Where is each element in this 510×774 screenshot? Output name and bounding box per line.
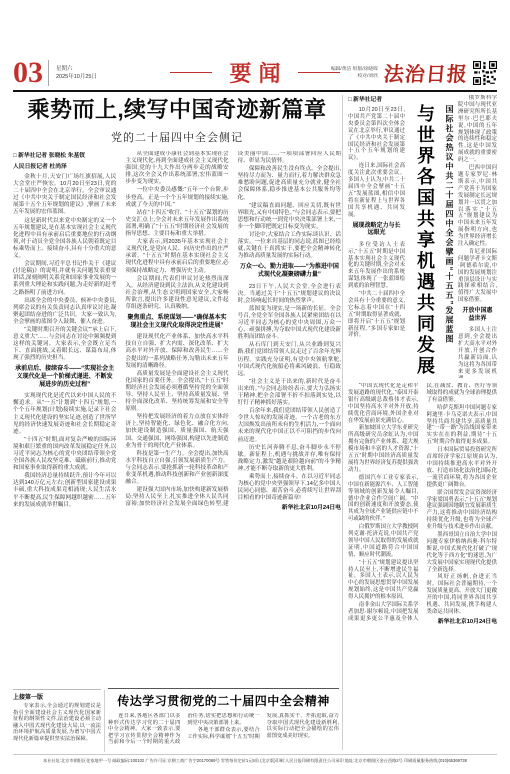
editors-line1: 编辑/黄洁 组版/徐晓晖 xyxy=(331,66,378,73)
international-column-right: 俄罗斯科学院中国与现代亚洲研究所所长基里尔·巴巴耶夫说,中国的五年规划体现了政策… xyxy=(458,95,497,378)
paragraph: “中共二十届四中全会具有十分重要的意义,它标志着中国在“十四五”时期取得显著成就… xyxy=(348,291,405,339)
paragraph: 风好正扬帆,奋进正当时。国际社会普遍期待,一个发展质量更高、开放大门更敞开的中国… xyxy=(427,574,498,615)
lead-article: 乘势而上,续写中国奇迹新篇章 党的二十届四中全会侧记 □ 新华社记者 张晓松 朱… xyxy=(13,95,341,687)
paragraph: 百余年来,我们党团结带领人民创造了令世人惊叹的发展奇迹。一个古老的东方大国焕发出… xyxy=(238,408,341,443)
paragraph: “关键时期召开的关键会议”“承上启下,意义重大”……与会同志在讨论中频频提到这样… xyxy=(13,327,116,362)
intertitle: 开放中国惠益世界 xyxy=(460,308,495,323)
byline: 人民日报记者 杜尚泽 xyxy=(13,163,116,171)
paragraph: 乘势而上,接续奋斗。在以习近平同志为核心的党中央坚强领导下,14亿多中国人民同心… xyxy=(238,474,341,502)
lead-body-columns: □ 新华社记者 张晓松 朱基钗人民日报记者 杜尚泽金秋十月,天安门广场红旗招展,… xyxy=(13,151,341,679)
paragraph: 会议期间,习近平总书记作关于《建议(讨论稿)》的说明,并就有关问题发表重要讲话,… xyxy=(13,261,116,296)
editors-line2: 校对/刘欣 xyxy=(331,73,378,80)
paragraph: 蓝图变为现实,是一场新的长征。全会号召,全党全军全国各族人民紧密团结在以习近平同… xyxy=(238,306,341,341)
paragraph: 巴西中国问题专家罗尼·林斯表示,中国共产党善于为国家发展制定长远规划并一以贯之加… xyxy=(458,165,497,248)
editors-block: 编辑/黄洁 组版/徐晓晖 校对/刘欣 xyxy=(331,66,378,80)
relay-body-columns: 连日来,各地区各部门以多种形式传达学习党的二十届四中全会精神。大家一致表示,要把… xyxy=(108,713,339,752)
bottom-divider xyxy=(104,690,105,752)
paragraph: 历史长河奔腾不息,奋斗脚步永不停歇。新征程上,机遇与挑战并存,唯有保持战略定力,… xyxy=(238,445,341,473)
weekday: 星期六 xyxy=(56,65,97,73)
international-article: □ 新华社记者10月20日至23日,中国共产党第二十届中央委员会第四次全体会议在… xyxy=(348,95,497,750)
intertitle: 万众一心、勠力进取——“为推进中国式现代化凝聚磅礴力量” xyxy=(240,264,339,279)
intertitle: 聚焦重点、系统谋划——“确保基本实现社会主义现代化取得决定性进展” xyxy=(127,315,226,330)
international-article-lower: “中国式现代化是走和平发展道路的现代化。”泰国开泰银行高级副总裁蔡伟才表示,中国… xyxy=(348,383,497,749)
dateline: 新华社北京10月24日电 xyxy=(238,504,341,512)
paragraph: 白俄罗斯国立大学教授阿列克谢·托济克说,中国共产党领导中国人民取得的发展成就证明… xyxy=(348,524,419,559)
footer-imprint: 本社社址:北京市朝阳区花家地甲一号 邮政编码:100102 广告许可证:京朝工商… xyxy=(13,758,497,764)
paragraph: 俄罗斯科学院中国与现代亚洲研究所所长基里尔·巴巴耶夫说,中国的五年规划体现了政策… xyxy=(458,95,497,164)
paragraph: 哈萨克斯坦中国问题专家阿迪里·卡乌克诺夫表示,中国坚持共商共建共享,高质量共建“… xyxy=(427,405,498,446)
international-column-left: □ 新华社记者10月20日至23日,中国共产党第二十届中央委员会第四次全体会议在… xyxy=(348,95,405,378)
header-rule xyxy=(13,90,497,92)
paragraph: 多国人士注意到,全会提出扩大高水平对外开放,开创合作共赢新局面,认为这将为各国带… xyxy=(458,327,497,378)
vertical-headline: 与世界各国共享机遇共同发展 xyxy=(408,95,438,378)
dateline: 新华社北京10月24日电 xyxy=(427,618,498,626)
jump-label: 上接第一版 xyxy=(13,692,101,701)
paragraph: 我国经济总量持续跃升,预计今年可以达到140万亿元左右;创新型国家建设成果丰硕,… xyxy=(13,473,116,508)
paragraph: 多位受访人士表示,“十五五”时期是中国基本实现社会主义现代化的关键时期,全会对未… xyxy=(348,242,405,290)
lead-subtitle: 党的二十届四中全会侧记 xyxy=(13,129,341,145)
paragraph: 金秋十月,天安门广场红旗招展,人民大会堂庄严恢宏。10月20日至23日,党的二十… xyxy=(13,174,116,217)
paragraph: 会议期间,代表们审议讨论热烈而深入。从经济建设到民主法治,从文化建设到社会治理,… xyxy=(125,276,228,311)
date: 2025年10月25日 xyxy=(56,73,97,81)
paragraph: 这是新时代以来党中央制定的又一个五年规划建议,是在基本实现社会主义现代化进程中具… xyxy=(13,218,116,261)
page-header: 03 星期六 2025年10月25日 要闻 编辑/黄洁 组版/徐晓晖 校对/刘欣… xyxy=(13,56,497,89)
paragraph: 实现现代化是近代以来中国人民的不懈追求。从“一五”计划到“十四五”规划,一个个五… xyxy=(13,393,116,436)
paragraph: 站在“十四五”收官、“十五五”谋划的历史交汇点上,全会对未来五年发展作出系统部署… xyxy=(125,210,228,238)
paragraph: “十四五”时期,面对复杂严峻的国际环境和艰巨繁重的国内改革发展稳定任务,以习近平… xyxy=(13,437,116,472)
paragraph: 建设现代化产业体系、加快高水平科技自立自强、扩大内需、深化改革、扩大高水平对外开… xyxy=(125,334,228,369)
relay-article: 传达学习贯彻党的二十届四中全会精神 连日来,各地区各部门以多种形式传达学习党的二… xyxy=(108,688,339,752)
paragraph: 联合国贸发会议资深经济学家梁国勇表示,“十五五”规划建议强调因地制宜发展新质生产… xyxy=(427,490,498,531)
paragraph: 10月20日至23日,中国共产党第二十届中央委员会第四次全体会议在北京举行,审议… xyxy=(348,107,405,162)
section-name: 要闻 xyxy=(229,57,287,88)
paragraph: 专家表示,全会通过的规划建议是指引全面建设社会主义现代化国家新征程的纲领性文件,… xyxy=(13,703,101,743)
paragraph: “中国式现代化是走和平发展道路的现代化。”泰国开泰银行高级副总裁蔡伟才表示,中国… xyxy=(348,383,419,424)
paragraph: 科技是第一生产力。全会提出,加快高水平科技自立自强,引领发展新质生产力。与会同志… xyxy=(125,451,228,486)
paragraph: 坚持把发展经济的着力点放在实体经济上,坚持智能化、绿色化、融合化方向,加快建设制… xyxy=(125,414,228,449)
jump-body: 专家表示,全会通过的规划建议是指引全面建设社会主义现代化国家新征程的纲领性文件,… xyxy=(13,703,101,743)
column-divider xyxy=(342,95,343,750)
paragraph: “十五五”规划建议提出坚持人民至上,不断增进民生福祉。多国人士表示,以人民为中心… xyxy=(348,560,419,601)
paragraph: 一位中央委员感慨:“五年一个台阶,步步登高。正是一个个五年规划的接续实施,成就了… xyxy=(125,187,228,208)
relay-headline: 传达学习贯彻党的二十届四中全会精神 xyxy=(108,692,339,709)
paragraph: 高质量发展是全面建设社会主义现代化国家的首要任务。全会提出,“十五五”时期经济社… xyxy=(125,371,228,414)
paragraph: 保障和改善民生没有终点。全会提出,坚持尽力而为、量力而行,着力解决群众急难愁盼问… xyxy=(238,166,341,201)
lead-headline: 乘势而上,续写中国奇迹新篇章 xyxy=(13,95,341,125)
newspaper-page: 03 星期六 2025年10月25日 要闻 编辑/黄洁 组版/徐晓晖 校对/刘欣… xyxy=(0,0,510,774)
paragraph: “社会主义是干出来的,新时代是奋斗出来的。”与会同志纷纷表示,要大力弘扬实干精神… xyxy=(238,379,341,407)
header-right: 编辑/黄洁 组版/徐晓晖 校对/刘欣 法治日报 xyxy=(331,58,497,87)
paragraph: 23日下午,人民大会堂,全会进行表决。当通过关于“十五五”规划建议的决议时,会场… xyxy=(238,284,341,305)
paragraph: 墨西哥国立自治大学中国问题专家伊格纳西奥·科尔特斯说,中国式现代化打破了“现代化… xyxy=(427,532,498,573)
jump-continuation-block: 上接第一版 专家表示,全会通过的规划建议是指引全面建设社会主义现代化国家新征程的… xyxy=(13,689,101,752)
qr-code-icon xyxy=(473,61,497,85)
byline: □ 新华社记者 xyxy=(348,96,405,104)
section-rule-left xyxy=(170,72,212,73)
page-number: 03 xyxy=(13,58,43,88)
paragraph: 从全面建成小康社会到基本实现社会主义现代化,再到全面建成社会主义现代化强国,党的… xyxy=(125,151,228,186)
paragraph: 出席全会的中央委员、候补中央委员,列席会议的有关负责同志认真审议讨论,凝聚起团结… xyxy=(13,298,116,326)
paragraph: 大家表示,到2035年基本实现社会主义现代化,是党向人民、向历史作出的庄严承诺。… xyxy=(125,239,228,274)
paragraph: 讨论中,大家结合工作实际谈认识、话落实。一位来自基层的同志说,蓝图已经绘就,关键… xyxy=(238,232,341,260)
intertitle: 展现战略定力与长远眼光 xyxy=(350,223,403,238)
intertitle: 承前启后、接续奋斗——“实现社会主义现代化是一个阶梯式递进、不断发展进步的历史过… xyxy=(15,366,114,389)
byline: □ 新华社记者 张晓松 朱基钗 xyxy=(13,152,116,160)
date-block: 星期六 2025年10月25日 xyxy=(56,65,97,81)
vertical-kicker: 国际社会热议中共二十届四中全会擘画“十五五”发展蓝图 xyxy=(441,95,455,378)
paragraph: 德国汽车工业专家表示,中国在新能源汽车、人工智能等领域的创新发展令人瞩目,德中企… xyxy=(348,475,419,523)
paragraph: 新加坡国立大学东亚研究所高级研究员余虹认为,中国拥有完备的产业体系、超大规模市场… xyxy=(348,425,419,473)
header-divider xyxy=(48,60,49,86)
masthead-logo: 法治日报 xyxy=(383,58,470,87)
paragraph: 连日来,国际社会高度关注此次重要会议。多国人士认为,中共二十届四中全会擘画“十五… xyxy=(348,163,405,218)
paragraph: 日本国际贸易投资研究所首席经济学家江原规由认为,中国持续推进高水平对外开放、打造… xyxy=(427,447,498,488)
paragraph: “建议稿直面问题、回应关切,既有世界眼光,又有中国特色。”与会同志表示,要把思想… xyxy=(238,203,341,231)
paragraph: 从石库门到天安门,从兴业路到复兴路,我们党团结带领人民走过了百余年光辉历程。实践… xyxy=(238,342,341,377)
international-article-top: □ 新华社记者10月20日至23日,中国共产党第二十届中央委员会第四次全体会议在… xyxy=(348,95,497,378)
footer-rule xyxy=(13,754,497,755)
paragraph: 肯尼亚国际问题学者卡文斯·阿德希尔说,中国的发展规划注重顶层设计与实践探索相结合… xyxy=(458,249,497,304)
